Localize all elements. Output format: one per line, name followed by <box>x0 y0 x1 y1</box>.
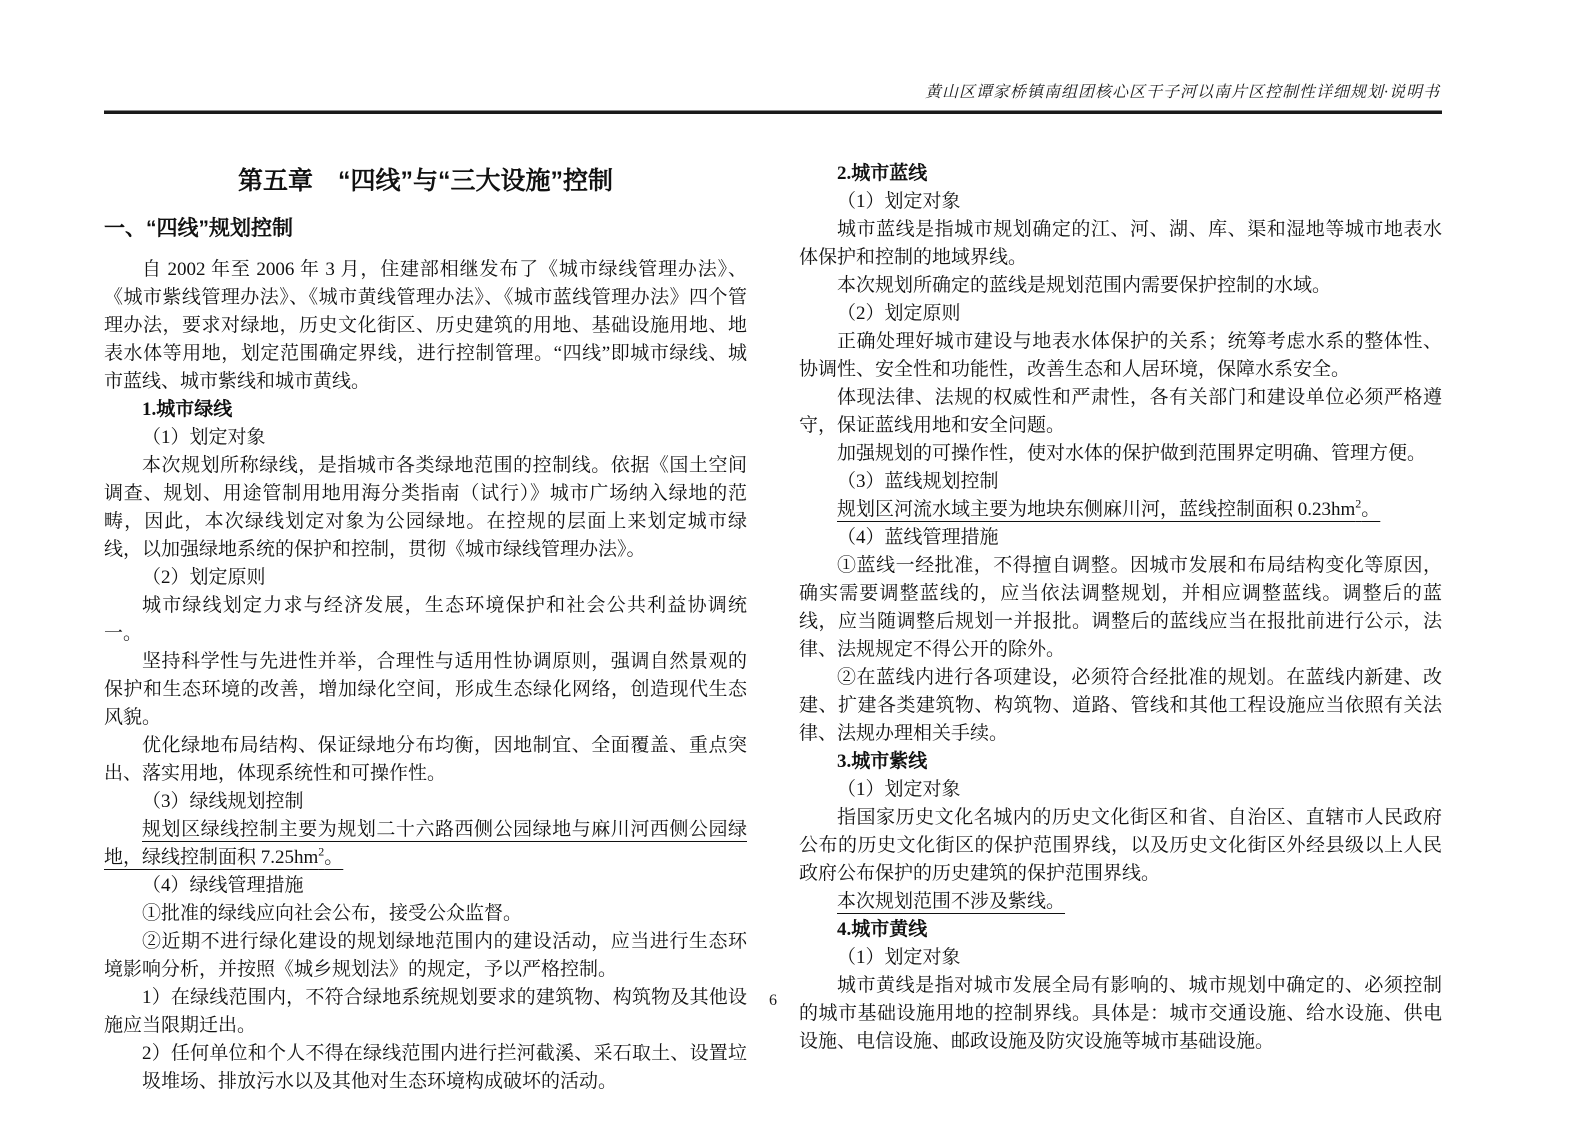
blue-principle-label: （2）划定原则 <box>799 300 1442 328</box>
green-principle-p2: 坚持科学性与先进性并举，合理性与适用性协调原则，强调自然景观的保护和生态环境的改… <box>104 648 747 732</box>
purple-line-heading: 3.城市紫线 <box>799 748 1442 776</box>
blue-control-statement: 规划区河流水域主要为地块东侧麻川河，蓝线控制面积 0.23hm2。 <box>799 496 1442 524</box>
purple-target-label: （1）划定对象 <box>799 776 1442 804</box>
header-rule <box>104 110 1442 114</box>
blue-management-p1: ①蓝线一经批准，不得擅自调整。因城市发展和布局结构变化等原因，确实需要调整蓝线的… <box>799 552 1442 664</box>
blue-management-p2: ②在蓝线内进行各项建设，必须符合经批准的规划。在蓝线内新建、改建、扩建各类建筑物… <box>799 664 1442 748</box>
green-control-label: （3）绿线规划控制 <box>104 788 747 816</box>
green-principle-p3: 优化绿地布局结构、保证绿地分布均衡，因地制宜、全面覆盖、重点突出、落实用地，体现… <box>104 732 747 788</box>
right-column: 2.城市蓝线 （1）划定对象 城市蓝线是指城市规划确定的江、河、湖、库、渠和湿地… <box>799 158 1442 1056</box>
green-management-label: （4）绿线管理措施 <box>104 872 747 900</box>
green-control-statement: 规划区绿线控制主要为规划二十六路西侧公园绿地与麻川河西侧公园绿地，绿线控制面积 … <box>104 816 747 872</box>
yellow-target-label: （1）划定对象 <box>799 944 1442 972</box>
running-header-title: 黄山区谭家桥镇南组团核心区干子河以南片区控制性详细规划·说明书 <box>104 82 1442 104</box>
blue-target-p1: 城市蓝线是指城市规划确定的江、河、湖、库、渠和湿地等城市地表水体保护和控制的地域… <box>799 216 1442 272</box>
blue-control-label: （3）蓝线规划控制 <box>799 468 1442 496</box>
green-target-label: （1）划定对象 <box>104 424 747 452</box>
left-column: 第五章 “四线”与“三大设施”控制 一、“四线”规划控制 自 2002 年至 2… <box>104 158 747 1096</box>
page-footer: 6 <box>104 992 1442 1010</box>
blue-control-period: 。 <box>1361 499 1380 520</box>
green-management-p2: ②近期不进行绿化建设的规划绿地范围内的建设活动，应当进行生态环境影响分析，并按照… <box>104 928 747 984</box>
green-target-text: 本次规划所称绿线，是指城市各类绿地范围的控制线。依据《国土空间调查、规划、用途管… <box>104 452 747 564</box>
intro-paragraph: 自 2002 年至 2006 年 3 月，住建部相继发布了《城市绿线管理办法》、… <box>104 256 747 396</box>
green-line-heading: 1.城市绿线 <box>104 396 747 424</box>
page-number: 6 <box>769 992 777 1009</box>
blue-principle-p1: 正确处理好城市建设与地表水体保护的关系；统筹考虑水系的整体性、协调性、安全性和功… <box>799 328 1442 384</box>
blue-target-p2: 本次规划所确定的蓝线是规划范围内需要保护控制的水域。 <box>799 272 1442 300</box>
purple-target-p1: 指国家历史文化名城内的历史文化街区和省、自治区、直辖市人民政府公布的历史文化街区… <box>799 804 1442 888</box>
page-header: 黄山区谭家桥镇南组团核心区干子河以南片区控制性详细规划·说明书 <box>104 82 1442 114</box>
blue-line-heading: 2.城市蓝线 <box>799 160 1442 188</box>
blue-principle-p3: 加强规划的可操作性，使对水体的保护做到范围界定明确、管理方便。 <box>799 440 1442 468</box>
purple-statement-text: 本次规划范围不涉及紫线。 <box>837 891 1065 912</box>
document-page: 黄山区谭家桥镇南组团核心区干子河以南片区控制性详细规划·说明书 第五章 “四线”… <box>0 0 1587 1122</box>
green-management-p4: 2）任何单位和个人不得在绿线范围内进行拦河截溪、采石取土、设置垃圾堆场、排放污水… <box>104 1040 747 1096</box>
green-control-text: 规划区绿线控制主要为规划二十六路西侧公园绿地与麻川河西侧公园绿地，绿线控制面积 … <box>104 819 747 868</box>
blue-control-text: 规划区河流水域主要为地块东侧麻川河，蓝线控制面积 0.23hm <box>837 499 1355 520</box>
section-title: 一、“四线”规划控制 <box>104 214 747 244</box>
green-principle-label: （2）划定原则 <box>104 564 747 592</box>
green-principle-p1: 城市绿线划定力求与经济发展，生态环境保护和社会公共利益协调统一。 <box>104 592 747 648</box>
chapter-title: 第五章 “四线”与“三大设施”控制 <box>104 164 747 198</box>
blue-principle-p2: 体现法律、法规的权威性和严肃性，各有关部门和建设单位必须严格遵守，保证蓝线用地和… <box>799 384 1442 440</box>
green-control-period: 。 <box>324 847 343 868</box>
blue-target-label: （1）划定对象 <box>799 188 1442 216</box>
yellow-line-heading: 4.城市黄线 <box>799 916 1442 944</box>
yellow-target-p1: 城市黄线是指对城市发展全局有影响的、城市规划中确定的、必须控制的城市基础设施用地… <box>799 972 1442 1056</box>
blue-management-label: （4）蓝线管理措施 <box>799 524 1442 552</box>
green-management-p1: ①批准的绿线应向社会公布，接受公众监督。 <box>104 900 747 928</box>
purple-statement: 本次规划范围不涉及紫线。 <box>799 888 1442 916</box>
